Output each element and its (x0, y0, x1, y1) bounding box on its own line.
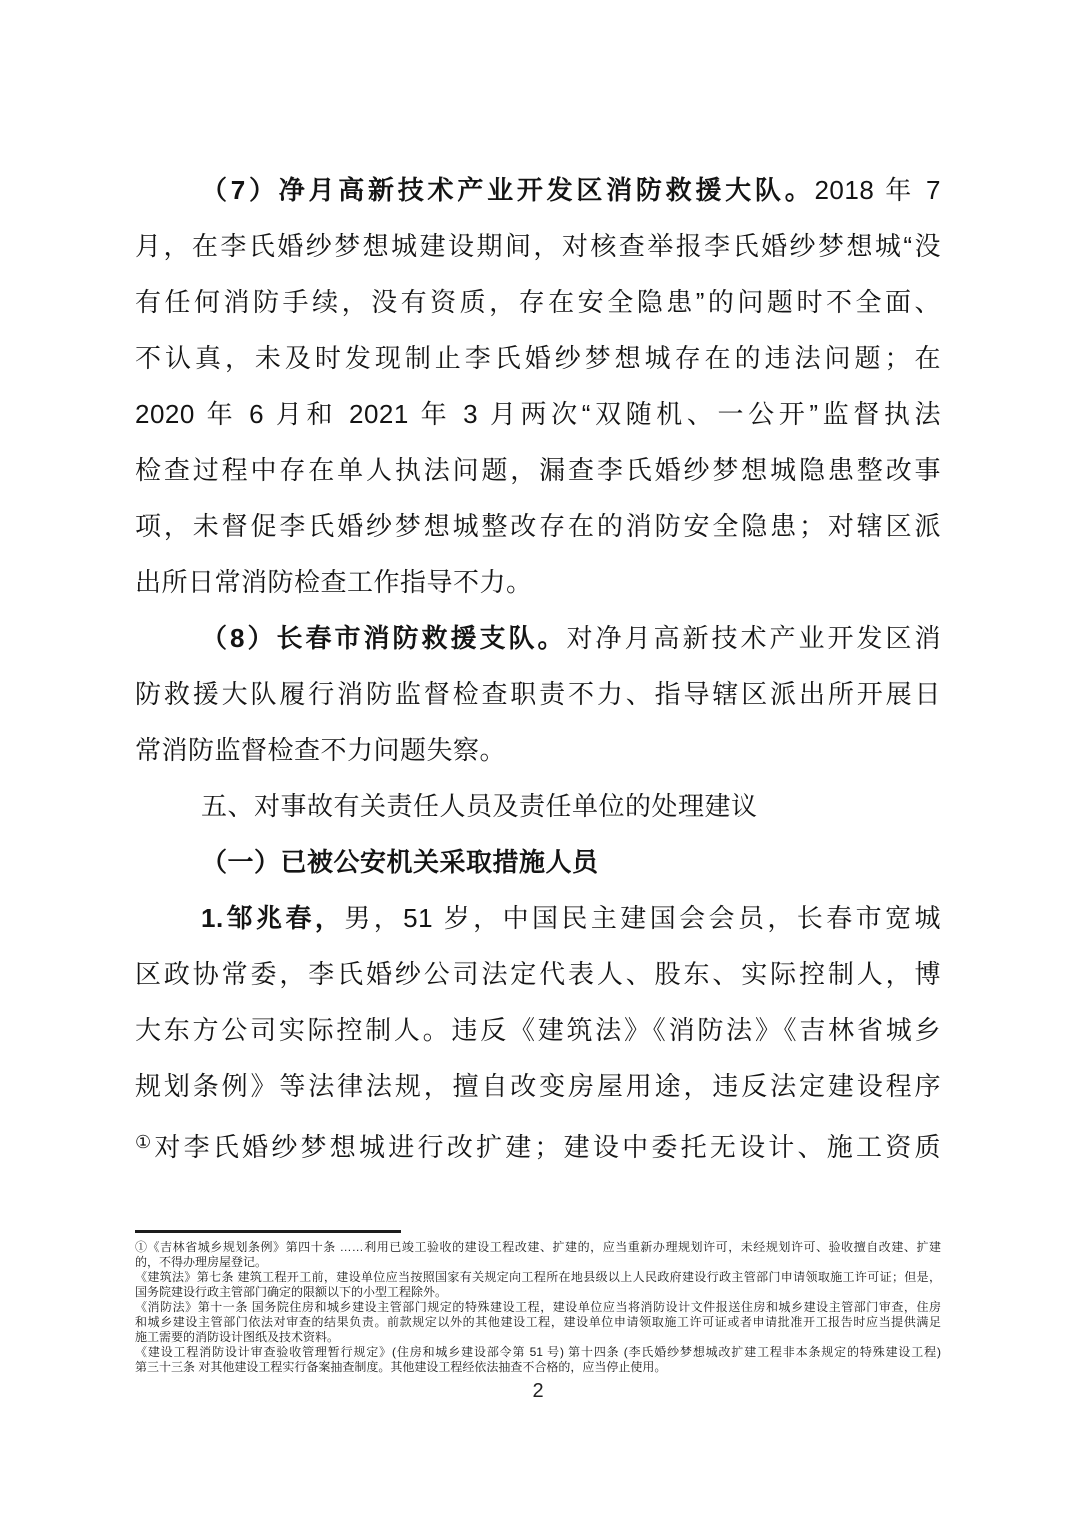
body-text: 规划条例》等法律法规，擅自改变房屋用途，违反法定建设程序 (135, 1071, 941, 1101)
section-heading: 五、对事故有关责任人员及责任单位的处理建议 (135, 778, 941, 834)
body-text: 对净月高新技术产业开发区消 (566, 623, 941, 653)
body-text: 项，未督促李氏婚纱梦想城整改存在的消防安全隐患；对辖区派 (135, 511, 941, 541)
body-text: 检查过程中存在单人执法问题，漏查李氏婚纱梦想城隐患整改事 (135, 455, 941, 485)
footnotes-block: ①《吉林省城乡规划条例》第四十条 ……利用已竣工验收的建设工程改建、扩建的，应当… (135, 1240, 941, 1375)
footnote-line: 的，不得办理房屋登记。 (135, 1255, 941, 1270)
body-line: 月，在李氏婚纱梦想城建设期间，对核查举报李氏婚纱梦想城“没 (135, 218, 941, 274)
body-line: 区政协常委，李氏婚纱公司法定代表人、股东、实际控制人，博 (135, 946, 941, 1002)
body-line: （7）净月高新技术产业开发区消防救援大队。2018 年 7 (135, 162, 941, 218)
subsection-heading: （一）已被公安机关采取措施人员 (135, 834, 941, 890)
body-text: 不认真，未及时发现制止李氏婚纱梦想城存在的违法问题；在 (135, 343, 941, 373)
body-text: 出所日常消防检查工作指导不力。 (135, 567, 533, 597)
body-text: 对李氏婚纱梦想城进行改扩建；建设中委托无设计、施工资质 (154, 1132, 941, 1162)
body-line: 出所日常消防检查工作指导不力。 (135, 554, 941, 610)
page-number: 2 (135, 1380, 941, 1403)
body-line: 有任何消防手续，没有资质，存在安全隐患”的问题时不全面、 (135, 274, 941, 330)
body-line: （8）长春市消防救援支队。对净月高新技术产业开发区消 (135, 610, 941, 666)
paragraph-8-heading: （8）长春市消防救援支队。 (201, 623, 566, 653)
footnote-line: ①《吉林省城乡规划条例》第四十条 ……利用已竣工验收的建设工程改建、扩建的，应当… (135, 1240, 941, 1255)
body-line: 常消防监督检查不力问题失察。 (135, 722, 941, 778)
footnote-divider (135, 1230, 401, 1233)
body-line: 项，未督促李氏婚纱梦想城整改存在的消防安全隐患；对辖区派 (135, 498, 941, 554)
subsection-heading-text: （一）已被公安机关采取措施人员 (201, 847, 599, 877)
body-text: 月，在李氏婚纱梦想城建设期间，对核查举报李氏婚纱梦想城“没 (135, 231, 941, 261)
body-line: 检查过程中存在单人执法问题，漏查李氏婚纱梦想城隐患整改事 (135, 442, 941, 498)
footnote-text: 《建设工程消防设计审查验收管理暂行规定》(住房和城乡建设部令第 51 号) 第十… (135, 1345, 941, 1359)
footnote-line: 第三十三条 对其他建设工程实行备案抽查制度。其他建设工程经依法抽查不合格的，应当… (135, 1360, 941, 1375)
paragraph-7-heading: （7）净月高新技术产业开发区消防救援大队。 (201, 175, 814, 205)
footnote-text: 国务院建设行政主管部门确定的限额以下的小型工程除外。 (135, 1285, 447, 1299)
body-line: 防救援大队履行消防监督检查职责不力、指导辖区派出所开展日 (135, 666, 941, 722)
footnote-text: 第三十三条 对其他建设工程实行备案抽查制度。其他建设工程经依法抽查不合格的，应当… (135, 1360, 666, 1374)
body-line: 2020 年 6 月和 2021 年 3 月两次“双随机、一公开”监督执法 (135, 386, 941, 442)
body-text: 防救援大队履行消防监督检查职责不力、指导辖区派出所开展日 (135, 679, 941, 709)
footnote-line: 《消防法》第十一条 国务院住房和城乡建设主管部门规定的特殊建设工程，建设单位应当… (135, 1300, 941, 1315)
body-text: 有任何消防手续，没有资质，存在安全隐患”的问题时不全面、 (135, 287, 941, 317)
footnote-text: ①《吉林省城乡规划条例》第四十条 ……利用已竣工验收的建设工程改建、扩建的，应当… (135, 1240, 941, 1254)
footnote-text: 《建筑法》第七条 建筑工程开工前，建设单位应当按照国家有关规定向工程所在地县级以… (135, 1270, 941, 1284)
body-line: 1.邹兆春，男，51 岁，中国民主建国会会员，长春市宽城 (135, 890, 941, 946)
body-text: 大东方公司实际控制人。违反《建筑法》《消防法》《吉林省城乡 (135, 1015, 941, 1045)
section-heading-text: 五、对事故有关责任人员及责任单位的处理建议 (201, 791, 758, 821)
footnote-line: 《建筑法》第七条 建筑工程开工前，建设单位应当按照国家有关规定向工程所在地县级以… (135, 1270, 941, 1285)
body-text: 男，51 岁，中国民主建国会会员，长春市宽城 (344, 903, 941, 933)
body-text: 常消防监督检查不力问题失察。 (135, 735, 506, 765)
footnote-reference-marker: ① (135, 1132, 154, 1152)
body-line: 不认真，未及时发现制止李氏婚纱梦想城存在的违法问题；在 (135, 330, 941, 386)
body-text: 2020 年 6 月和 2021 年 3 月两次“双随机、一公开”监督执法 (135, 399, 941, 429)
body-text: 2018 年 7 (814, 175, 941, 205)
footnote-line: 和城乡建设主管部门依法对审查的结果负责。前款规定以外的其他建设工程，建设单位申请… (135, 1315, 941, 1330)
footnote-text: 《消防法》第十一条 国务院住房和城乡建设主管部门规定的特殊建设工程，建设单位应当… (135, 1300, 941, 1314)
footnote-text: 的，不得办理房屋登记。 (135, 1255, 267, 1269)
document-page: （7）净月高新技术产业开发区消防救援大队。2018 年 7 月，在李氏婚纱梦想城… (135, 162, 941, 1403)
footnote-line: 《建设工程消防设计审查验收管理暂行规定》(住房和城乡建设部令第 51 号) 第十… (135, 1345, 941, 1360)
body-line: ①对李氏婚纱梦想城进行改扩建；建设中委托无设计、施工资质 (135, 1114, 941, 1170)
footnote-text: 和城乡建设主管部门依法对审查的结果负责。前款规定以外的其他建设工程，建设单位申请… (135, 1315, 941, 1329)
footnote-line: 施工需要的消防设计图纸及技术资料。 (135, 1330, 941, 1345)
body-line: 大东方公司实际控制人。违反《建筑法》《消防法》《吉林省城乡 (135, 1002, 941, 1058)
person-name: 1.邹兆春， (201, 903, 344, 933)
body-text: 区政协常委，李氏婚纱公司法定代表人、股东、实际控制人，博 (135, 959, 941, 989)
body-line: 规划条例》等法律法规，擅自改变房屋用途，违反法定建设程序 (135, 1058, 941, 1114)
footnote-line: 国务院建设行政主管部门确定的限额以下的小型工程除外。 (135, 1285, 941, 1300)
footnote-text: 施工需要的消防设计图纸及技术资料。 (135, 1330, 339, 1344)
